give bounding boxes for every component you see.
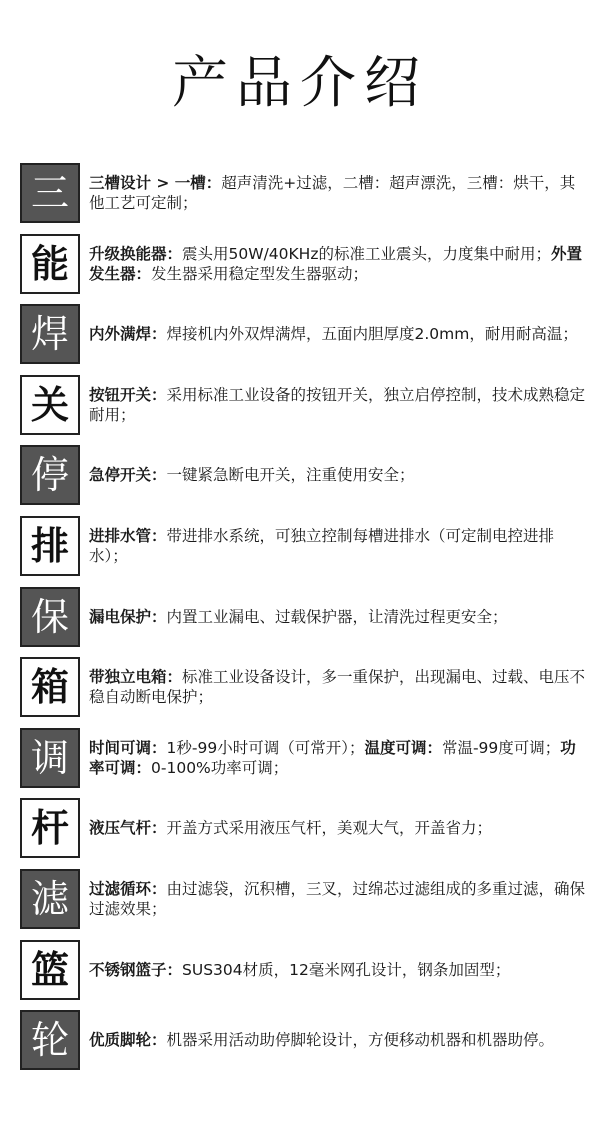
feature-item-gas-strut: 杆液压气杆：开盖方式采用液压气杆，美观大气，开盖省力； bbox=[20, 798, 585, 858]
feature-text: 震头用50W/40KHz的标准工业震头，力度集中耐用； bbox=[182, 245, 551, 263]
feature-item-transducer: 能升级换能器：震头用50W/40KHz的标准工业震头，力度集中耐用；外置发生器：… bbox=[20, 234, 585, 294]
feature-description: 急停开关：一键紧急断电开关，注重使用安全； bbox=[89, 445, 589, 505]
feature-label: 过滤循环： bbox=[89, 880, 167, 898]
feature-item-caster: 轮优质脚轮：机器采用活动助停脚轮设计，方便移动机器和机器助停。 bbox=[20, 1010, 585, 1070]
feature-badge-icon: 调 bbox=[20, 728, 80, 788]
feature-badge-icon: 停 bbox=[20, 445, 80, 505]
feature-text: 1秒-99小时可调（可常开）； bbox=[167, 739, 365, 757]
feature-badge-icon: 关 bbox=[20, 375, 80, 435]
feature-description: 按钮开关：采用标准工业设备的按钮开关，独立启停控制，技术成熟稳定耐用； bbox=[89, 375, 589, 435]
feature-label: 进排水管： bbox=[89, 527, 167, 545]
feature-description: 内外满焊：焊接机内外双焊满焊，五面内胆厚度2.0mm，耐用耐高温； bbox=[89, 304, 589, 364]
feature-description: 三槽设计 > 一槽：超声清洗+过滤，二槽：超声漂洗，三槽：烘干，其他工艺可定制； bbox=[89, 163, 589, 223]
feature-label: 漏电保护： bbox=[89, 608, 167, 626]
feature-description: 进排水管：带进排水系统，可独立控制每槽进排水（可定制电控进排水）； bbox=[89, 516, 589, 576]
feature-description: 不锈钢篮子：SUS304材质，12毫米网孔设计，钢条加固型； bbox=[89, 940, 589, 1000]
feature-label: 三槽设计 > 一槽： bbox=[89, 174, 221, 192]
feature-label: 按钮开关： bbox=[89, 386, 167, 404]
page-title: 产品介绍 bbox=[0, 52, 600, 116]
feature-text: SUS304材质，12毫米网孔设计，钢条加固型； bbox=[182, 961, 510, 979]
feature-description: 漏电保护：内置工业漏电、过载保护器，让清洗过程更安全； bbox=[89, 587, 589, 647]
feature-item-drain: 排进排水管：带进排水系统，可独立控制每槽进排水（可定制电控进排水）； bbox=[20, 516, 585, 576]
feature-badge-icon: 箱 bbox=[20, 657, 80, 717]
feature-description: 带独立电箱：标准工业设备设计，多一重保护，出现漏电、过载、电压不稳自动断电保护； bbox=[89, 657, 589, 717]
feature-badge-icon: 滤 bbox=[20, 869, 80, 929]
feature-text: 发生器采用稳定型发生器驱动； bbox=[151, 265, 368, 283]
feature-badge-icon: 焊 bbox=[20, 304, 80, 364]
feature-label: 温度可调： bbox=[364, 739, 442, 757]
feature-description: 液压气杆：开盖方式采用液压气杆，美观大气，开盖省力； bbox=[89, 798, 589, 858]
feature-label: 时间可调： bbox=[89, 739, 167, 757]
feature-item-adjustable: 调时间可调：1秒-99小时可调（可常开）；温度可调：常温-99度可调；功率可调：… bbox=[20, 728, 585, 788]
feature-badge-icon: 篮 bbox=[20, 940, 80, 1000]
feature-item-basket: 篮不锈钢篮子：SUS304材质，12毫米网孔设计，钢条加固型； bbox=[20, 940, 585, 1000]
feature-badge-icon: 能 bbox=[20, 234, 80, 294]
feature-description: 时间可调：1秒-99小时可调（可常开）；温度可调：常温-99度可调；功率可调：0… bbox=[89, 728, 589, 788]
feature-item-leak-protection: 保漏电保护：内置工业漏电、过载保护器，让清洗过程更安全； bbox=[20, 587, 585, 647]
feature-description: 优质脚轮：机器采用活动助停脚轮设计，方便移动机器和机器助停。 bbox=[89, 1010, 589, 1070]
feature-label: 急停开关： bbox=[89, 466, 167, 484]
feature-item-emergency-stop: 停急停开关：一键紧急断电开关，注重使用安全； bbox=[20, 445, 585, 505]
feature-label: 不锈钢篮子： bbox=[89, 961, 182, 979]
feature-text: 0-100%功率可调； bbox=[151, 759, 288, 777]
feature-badge-icon: 三 bbox=[20, 163, 80, 223]
feature-item-three-tank: 三三槽设计 > 一槽：超声清洗+过滤，二槽：超声漂洗，三槽：烘干，其他工艺可定制… bbox=[20, 163, 585, 223]
feature-text: 开盖方式采用液压气杆，美观大气，开盖省力； bbox=[167, 819, 493, 837]
feature-text: 内置工业漏电、过载保护器，让清洗过程更安全； bbox=[167, 608, 508, 626]
feature-description: 过滤循环：由过滤袋，沉积槽，三叉，过绵芯过滤组成的多重过滤，确保过滤效果； bbox=[89, 869, 589, 929]
feature-item-filter: 滤过滤循环：由过滤袋，沉积槽，三叉，过绵芯过滤组成的多重过滤，确保过滤效果； bbox=[20, 869, 585, 929]
feature-text: 机器采用活动助停脚轮设计，方便移动机器和机器助停。 bbox=[167, 1031, 555, 1049]
feature-badge-icon: 保 bbox=[20, 587, 80, 647]
feature-badge-icon: 排 bbox=[20, 516, 80, 576]
feature-label: 优质脚轮： bbox=[89, 1031, 167, 1049]
feature-label: 内外满焊： bbox=[89, 325, 167, 343]
feature-label: 带独立电箱： bbox=[89, 668, 182, 686]
feature-text: 一键紧急断电开关，注重使用安全； bbox=[167, 466, 415, 484]
feature-label: 液压气杆： bbox=[89, 819, 167, 837]
feature-description: 升级换能器：震头用50W/40KHz的标准工业震头，力度集中耐用；外置发生器：发… bbox=[89, 234, 589, 294]
feature-item-switch: 关按钮开关：采用标准工业设备的按钮开关，独立启停控制，技术成熟稳定耐用； bbox=[20, 375, 585, 435]
feature-item-electric-box: 箱带独立电箱：标准工业设备设计，多一重保护，出现漏电、过载、电压不稳自动断电保护… bbox=[20, 657, 585, 717]
feature-badge-icon: 杆 bbox=[20, 798, 80, 858]
feature-text: 焊接机内外双焊满焊，五面内胆厚度2.0mm，耐用耐高温； bbox=[167, 325, 578, 343]
feature-text: 常温-99度可调； bbox=[442, 739, 560, 757]
feature-item-welding: 焊内外满焊：焊接机内外双焊满焊，五面内胆厚度2.0mm，耐用耐高温； bbox=[20, 304, 585, 364]
feature-label: 升级换能器： bbox=[89, 245, 182, 263]
feature-badge-icon: 轮 bbox=[20, 1010, 80, 1070]
